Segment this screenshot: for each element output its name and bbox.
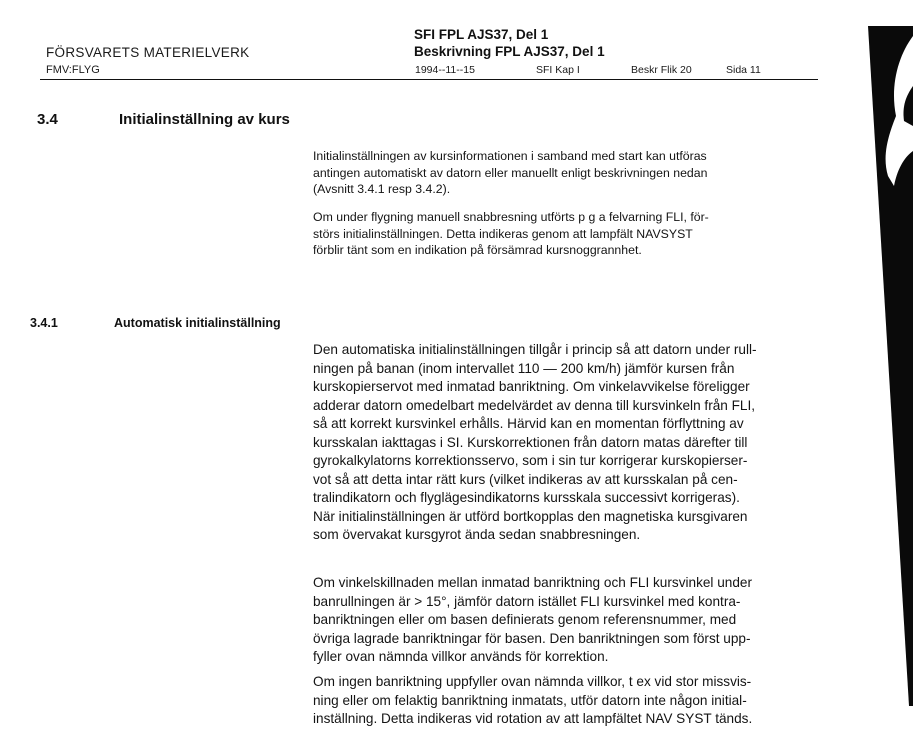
department-name: FMV:FLYG [46,64,100,76]
organization-name: FÖRSVARETS MATERIELVERK [46,45,249,60]
text-line: kursskalan iakttagas i SI. Kurskorrektio… [313,434,858,453]
document-tab: Beskr Flik 20 [631,64,692,76]
document-title: SFI FPL AJS37, Del 1 [414,27,548,42]
text-line: fyller ovan nämnda villkor används för k… [313,648,858,667]
paragraph: Om under flygning manuell snabbresning u… [313,209,838,259]
text-line: ning eller om felaktig banriktning inmat… [313,692,858,711]
text-line: tralindikatorn och flyglägesindikatorns … [313,489,858,508]
text-line: adderar datorn omedelbart medelvärdet av… [313,397,858,416]
text-line: antingen automatiskt av datorn eller man… [313,165,838,182]
header-divider [40,79,818,80]
paragraph: Om vinkelskillnaden mellan inmatad banri… [313,574,858,667]
document-subtitle: Beskrivning FPL AJS37, Del 1 [414,44,605,59]
section-number: 3.4 [37,111,58,128]
text-line: banriktningen eller om basen definierats… [313,611,858,630]
text-line: Om under flygning manuell snabbresning u… [313,209,838,226]
text-line: kurskopierservot med inmatad banriktning… [313,378,858,397]
subsection-number: 3.4.1 [30,316,58,330]
text-line: Om vinkelskillnaden mellan inmatad banri… [313,574,858,593]
page-number: Sida 11 [726,64,761,76]
document-chapter: SFI Kap I [536,64,580,76]
section-title: Initialinställning av kurs [119,111,290,128]
text-line: som övervakat kursgyrot ända sedan snabb… [313,526,858,545]
text-line: inställning. Detta indikeras vid rotatio… [313,710,858,729]
text-line: När initialinställningen är utförd bortk… [313,508,858,527]
text-line: Om ingen banriktning uppfyller ovan nämn… [313,673,858,692]
text-line: vot så att detta intar rätt kurs (vilket… [313,471,858,490]
text-line: (Avsnitt 3.4.1 resp 3.4.2). [313,181,838,198]
text-line: så att korrekt kursvinkel erhålls. Härvi… [313,415,858,434]
text-line: ningen på banan (inom intervallet 110 — … [313,360,858,379]
text-line: banrullningen är > 15°, jämför datorn is… [313,593,858,612]
text-line: övriga lagrade banriktningar för basen. … [313,630,858,649]
paragraph: Den automatiska initialinställningen til… [313,341,858,545]
text-line: Den automatiska initialinställningen til… [313,341,858,360]
paragraph: Initialinställningen av kursinformatione… [313,148,838,198]
paragraph: Om ingen banriktning uppfyller ovan nämn… [313,673,858,729]
text-line: Initialinställningen av kursinformatione… [313,148,838,165]
subsection-title: Automatisk initialinställning [114,316,281,330]
scan-shadow-icon [868,26,913,726]
text-line: störs initialinställningen. Detta indike… [313,226,838,243]
text-line: förblir tänt som en indikation på försäm… [313,242,838,259]
document-page: FÖRSVARETS MATERIELVERK FMV:FLYG SFI FPL… [0,0,913,750]
text-line: gyrokalkylatorns korrektionsservo, som i… [313,452,858,471]
document-date: 1994--11--15 [415,64,475,76]
